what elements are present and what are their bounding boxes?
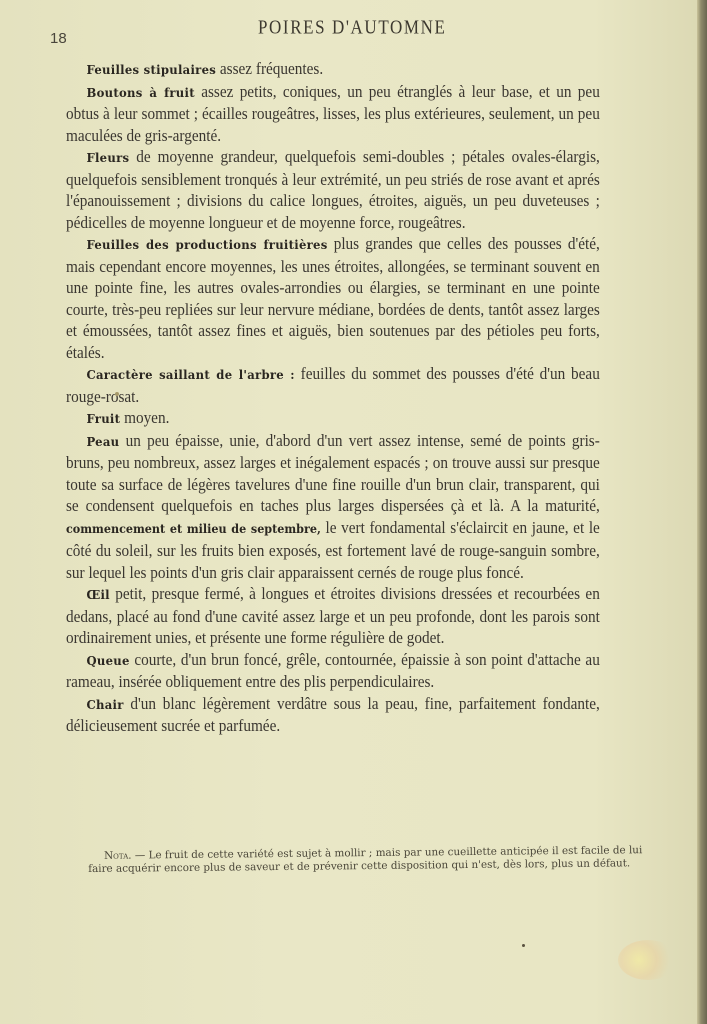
paragraph-text: plus grandes que celles des pousses d'ét… xyxy=(66,234,600,362)
paragraph-feuilles-stipulaires: Feuilles stipulaires assez fréquentes. xyxy=(66,58,600,81)
running-title: POIRES D'AUTOMNE xyxy=(258,16,446,39)
paragraph-chair: Chair d'un blanc légèrement verdâtre sou… xyxy=(66,693,600,737)
body-text: Feuilles stipulaires assez fréquentes. B… xyxy=(66,58,600,737)
paragraph-peau: Peau un peu épaisse, unie, d'abord d'un … xyxy=(66,430,600,584)
paragraph-lead: Queue xyxy=(86,653,129,668)
paragraph-text: un peu épaisse, unie, d'abord d'un vert … xyxy=(66,431,600,516)
note-paragraph: Nota. — Le fruit de cette variété est su… xyxy=(88,844,648,876)
paragraph-lead: Feuilles stipulaires xyxy=(86,62,216,77)
paragraph-feuilles-productions: Feuilles des productions fruitières plus… xyxy=(66,233,600,363)
paragraph-text: de moyenne grandeur, quelquefois semi-do… xyxy=(66,147,600,232)
page-number: 18 xyxy=(50,30,67,47)
paper-speck xyxy=(522,944,525,947)
paragraph-fleurs: Fleurs de moyenne grandeur, quelquefois … xyxy=(66,146,600,233)
paragraph-lead: Chair xyxy=(86,697,123,712)
paragraph-queue: Queue courte, d'un brun foncé, grêle, co… xyxy=(66,649,600,693)
paper-stain xyxy=(618,940,678,980)
note-text: — Le fruit de cette variété est sujet à … xyxy=(88,844,642,875)
paragraph-text: petit, presque fermé, à longues et étroi… xyxy=(66,584,600,647)
paragraph-lead: Peau xyxy=(86,434,119,449)
paragraph-text: moyen. xyxy=(120,408,169,427)
paragraph-lead: Feuilles des productions fruitières xyxy=(86,237,327,252)
paragraph-boutons-a-fruit: Boutons à fruit assez petits, coniques, … xyxy=(66,81,600,147)
paper-speck xyxy=(115,392,119,396)
footnote: Nota. — Le fruit de cette variété est su… xyxy=(88,844,648,876)
maturity-period: commencement et milieu de septembre, xyxy=(66,522,321,536)
paragraph-text: courte, d'un brun foncé, grêle, contourn… xyxy=(66,650,600,692)
paragraph-lead: Fleurs xyxy=(86,150,129,165)
paragraph-text: d'un blanc légèrement verdâtre sous la p… xyxy=(66,694,600,736)
paragraph-text: assez fréquentes. xyxy=(216,59,323,78)
page-edge xyxy=(697,0,707,1024)
paragraph-fruit: Fruit moyen. xyxy=(66,407,600,430)
paragraph-oeil: Œil petit, presque fermé, à longues et é… xyxy=(66,583,600,649)
book-page: 18 POIRES D'AUTOMNE Feuilles stipulaires… xyxy=(0,0,697,1024)
page-header: 18 POIRES D'AUTOMNE xyxy=(0,16,697,46)
paragraph-lead: Œil xyxy=(86,587,109,602)
paragraph-lead: Boutons à fruit xyxy=(86,85,194,100)
paragraph-caractere-saillant: Caractère saillant de l'arbre : feuilles… xyxy=(66,363,600,407)
note-label: Nota. xyxy=(104,850,132,862)
paragraph-lead: Fruit xyxy=(86,411,120,426)
paragraph-lead: Caractère saillant de l'arbre : xyxy=(86,367,294,382)
